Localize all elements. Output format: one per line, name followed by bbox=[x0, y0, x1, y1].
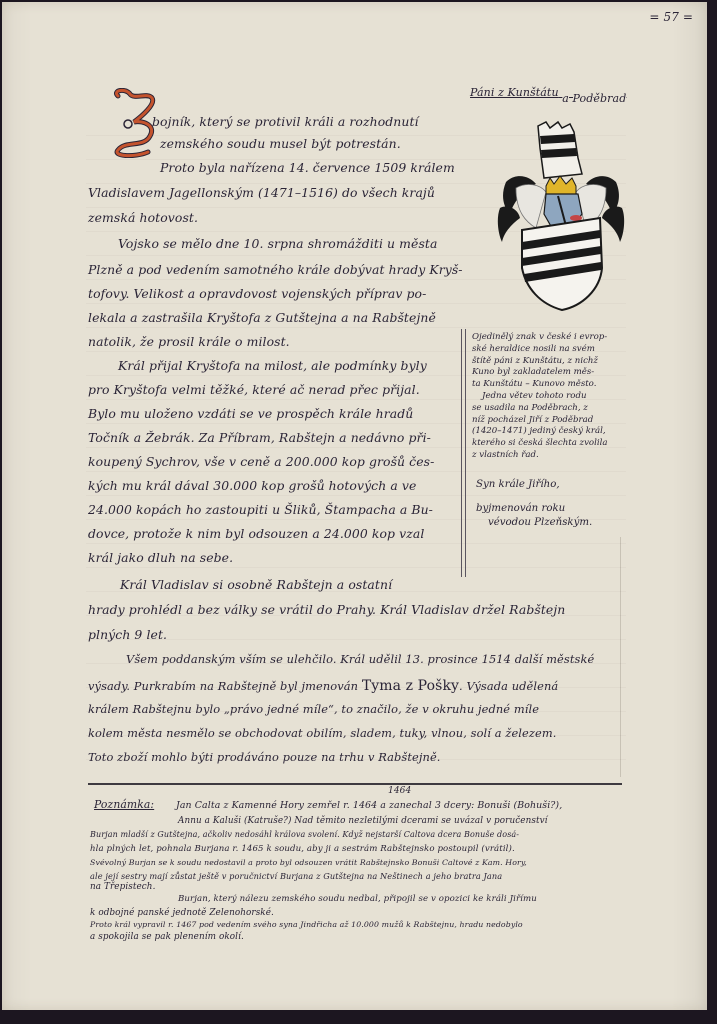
footnote-line: Burjan, který nálezu zemského soudu nedb… bbox=[178, 894, 537, 904]
footnote-correction: 1464 bbox=[388, 786, 411, 796]
main-line-17: 24.000 kopách ho zastoupiti u Šliků, Šta… bbox=[88, 502, 433, 517]
main-line-16: kých mu král dával 30.000 kop grošů hoto… bbox=[88, 478, 416, 493]
side-note-line: štítě páni z Kunštátu, z nichž bbox=[472, 356, 622, 368]
footnote-line: ale její sestry mají zůstat ještě v poru… bbox=[90, 871, 502, 881]
name-tyma-z-posky: Tyma z Pošky bbox=[362, 678, 459, 694]
footnote-line: na Třepistech. bbox=[90, 882, 155, 892]
main-line-19: král jako dluh na sebe. bbox=[88, 550, 233, 565]
main-line-20: Král Vladislav si osobně Rabštejn a osta… bbox=[120, 577, 392, 592]
main-line-22: plných 9 let. bbox=[88, 627, 167, 642]
footnote-line: Svévolný Burjan se k soudu nedostavil a … bbox=[90, 858, 527, 867]
main-line-10: natolik, že prosil krále o milost. bbox=[88, 334, 290, 349]
main-line-11: Král přijal Kryštofa na milost, ale podm… bbox=[118, 358, 427, 373]
side-note-line: Kuno byl zakladatelem měs- bbox=[472, 367, 622, 379]
main-line-18: dovce, protože k nim byl odsouzen a 24.0… bbox=[88, 526, 424, 541]
main-line-9: lekala a zastrašila Kryštofa z Gutštejna… bbox=[88, 310, 436, 325]
side-note: Ojedinělý znak v české i evrop- ské hera… bbox=[472, 332, 622, 462]
main-line-4: Vladislavem Jagellonským (1471–1516) do … bbox=[88, 185, 435, 200]
main-line-6: Vojsko se mělo dne 10. srpna shromážditi… bbox=[118, 236, 437, 251]
main-line-5: zemská hotovost. bbox=[88, 210, 198, 225]
main-line-1: bojník, který se protivil králi a rozhod… bbox=[152, 114, 419, 129]
family-title-sub: a Poděbrad bbox=[562, 92, 626, 105]
side-note-line: Ojedinělý znak v české i evrop- bbox=[472, 332, 622, 344]
main-line-12: pro Kryštofa velmi těžké, které ač nerad… bbox=[88, 382, 420, 397]
main-line-25: králem Rabštejnu bylo „právo jedné míle“… bbox=[88, 702, 539, 716]
footnote-line: k odbojné panské jednotě Zelenohorské. bbox=[90, 908, 274, 918]
side-note-line: ské heraldice nosili na svém bbox=[472, 344, 622, 356]
son-note-line: Syn krále Jiřího, bbox=[476, 478, 592, 492]
side-note-line: ta Kunštátu – Kunovo město. bbox=[472, 379, 622, 391]
main-line-27: Toto zboží mohlo býti prodáváno pouze na… bbox=[88, 750, 441, 764]
side-note-line: (1420–1471) jediný český král, bbox=[472, 426, 622, 438]
page-number: = 57 = bbox=[649, 10, 693, 24]
son-note-line: vévodou Plzeňským. bbox=[476, 516, 592, 530]
side-note-line: níž pocházel Jiří z Poděbrad bbox=[472, 415, 622, 427]
son-note-line: byjmenován roku bbox=[476, 502, 592, 516]
main-line-14: Točník a Žebrák. Za Příbram, Rabštejn a … bbox=[88, 430, 431, 445]
side-note-line: kterého si česká šlechta zvolila bbox=[472, 438, 622, 450]
main-line-24: výsady. Purkrabím na Rabštejně byl jmeno… bbox=[88, 678, 558, 694]
main-line-23: Všem poddanským vším se ulehčilo. Král u… bbox=[126, 652, 594, 666]
side-note-line: z vlastních řad. bbox=[472, 450, 622, 462]
main-line-21: hrady prohlédl a bez války se vrátil do … bbox=[88, 602, 565, 617]
manuscript-page: = 57 = Páni z Kunštátu a Poděbrad bojník… bbox=[2, 2, 707, 1010]
main-line-7: Plzně a pod vedením samotného krále dobý… bbox=[88, 262, 463, 277]
footnote-divider bbox=[88, 783, 622, 785]
main-line-2: zemského soudu musel být potrestán. bbox=[160, 136, 401, 151]
family-title: Páni z Kunštátu a Poděbrad bbox=[470, 86, 626, 99]
side-note-line: se usadila na Poděbrach, z bbox=[472, 403, 622, 415]
main-line-24-start: výsady. Purkrabím na Rabštejně byl jmeno… bbox=[88, 679, 358, 693]
coat-of-arms-icon bbox=[496, 118, 626, 314]
footnote-line: Annu a Kaluši (Katruše?) Nad těmito nezl… bbox=[178, 816, 548, 826]
footnote-line: Jan Calta z Kamenné Hory zemřel r. 1464 … bbox=[176, 800, 562, 811]
main-line-15: koupený Sychrov, vše v ceně a 200.000 ko… bbox=[88, 454, 434, 469]
main-line-13: Bylo mu uloženo vzdáti se ve prospěch kr… bbox=[88, 406, 413, 421]
side-note-line: Jedna větev tohoto rodu bbox=[472, 391, 622, 403]
side-note-rule bbox=[461, 329, 466, 577]
footnote-line: Proto král vypravil r. 1467 pod vedením … bbox=[90, 920, 523, 929]
main-line-3: Proto byla nařízena 14. července 1509 kr… bbox=[160, 160, 455, 175]
footnote-line: a spokojila se pak plenením okolí. bbox=[90, 932, 244, 942]
footnote-line: Burjan mladší z Gutštejna, ačkoliv nedos… bbox=[90, 830, 519, 839]
column-rule bbox=[620, 537, 621, 777]
son-note: Syn krále Jiřího, byjmenován roku vévodo… bbox=[476, 478, 592, 540]
main-line-8: tofovy. Velikost a opravdovost vojenskýc… bbox=[88, 286, 426, 301]
main-line-24-end: . Výsada udělená bbox=[459, 679, 558, 693]
main-line-26: kolem města nesmělo se obchodovat obilím… bbox=[88, 726, 556, 740]
family-title-main: Páni z Kunštátu bbox=[470, 86, 559, 99]
footnote-label: Poznámka: bbox=[94, 798, 154, 811]
footnote-line: hla plných let, pohnala Burjana r. 1465 … bbox=[90, 844, 515, 854]
